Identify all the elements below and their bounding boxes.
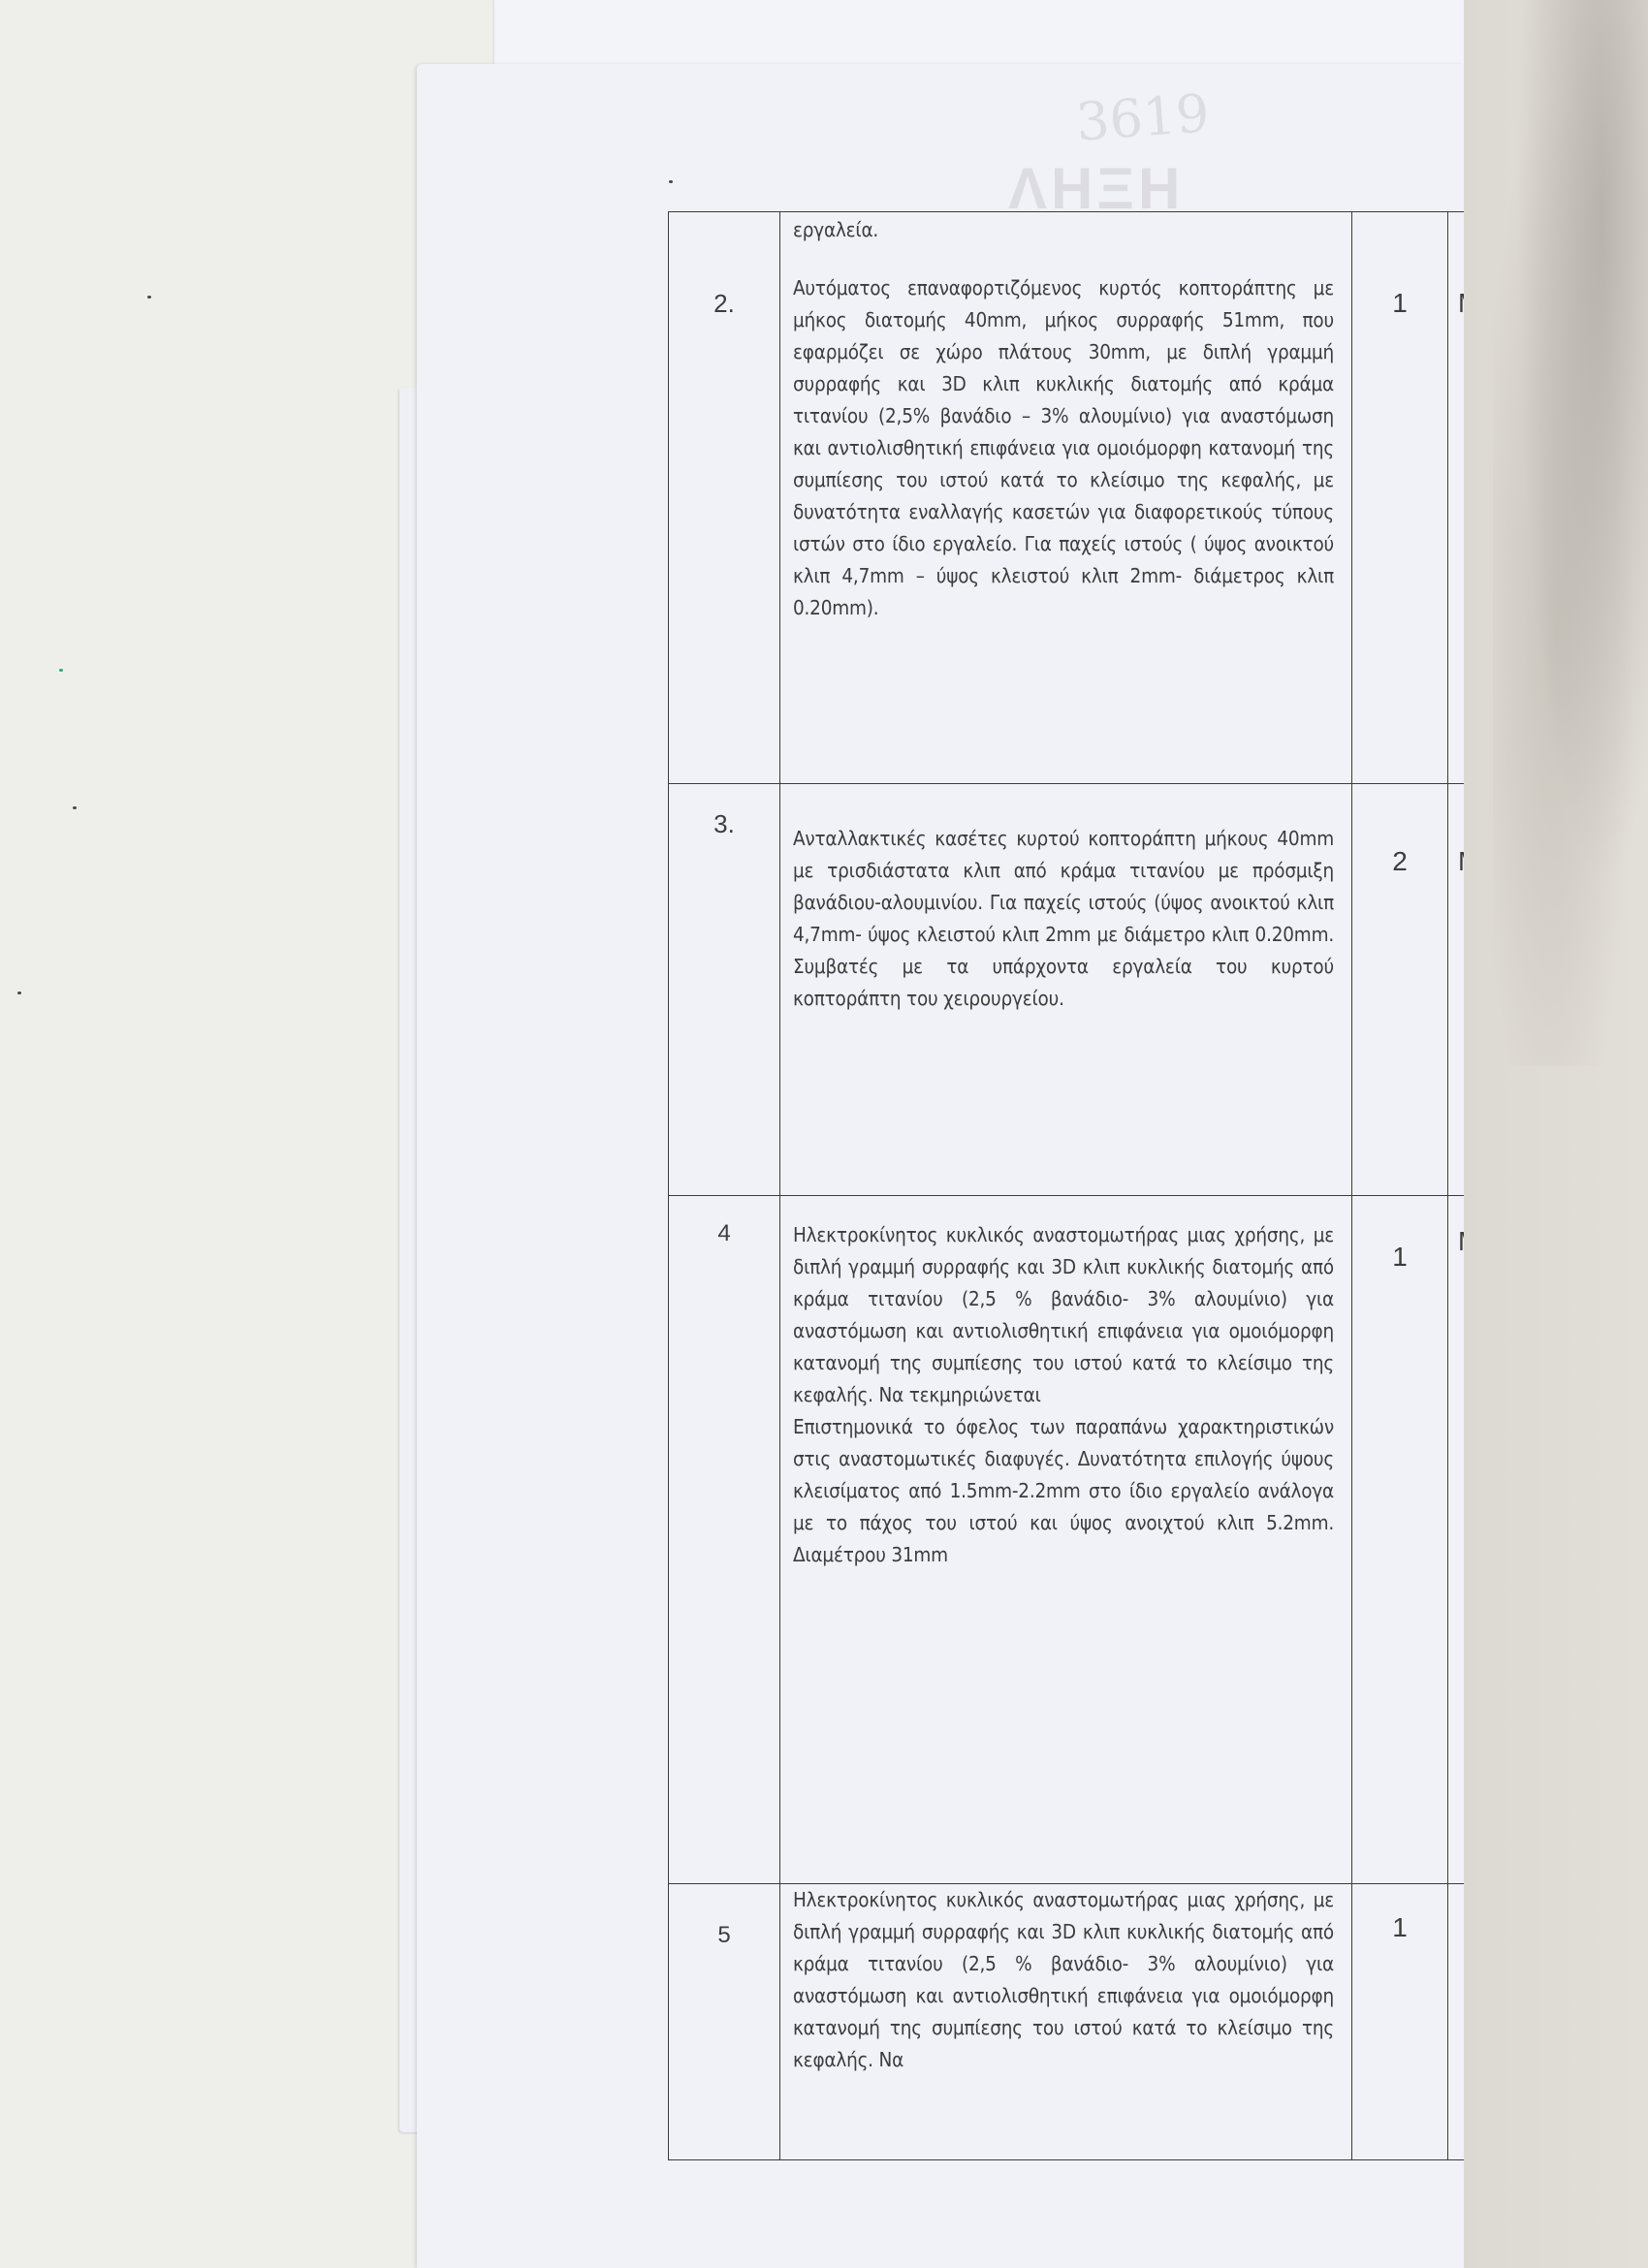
- description-cell: Ανταλλακτικές κασέτες κυρτού κοπτοράπτη …: [780, 784, 1352, 1196]
- description-text: Αυτόματος επαναφορτιζόμενος κυρτός κοπτο…: [793, 272, 1334, 624]
- row-number: 2.: [670, 213, 778, 319]
- dust-speck: [17, 992, 21, 994]
- quantity-value: 2: [1353, 785, 1446, 877]
- dust-speck: [73, 806, 77, 809]
- row-number-cell: 2.: [669, 212, 780, 784]
- dust-speck: [147, 296, 151, 299]
- quantity-value: 1: [1353, 1885, 1446, 1943]
- row-number-cell: 5: [669, 1884, 780, 2160]
- ink-mark: [59, 669, 63, 672]
- description-text: Ηλεκτροκίνητος κυκλικός αναστομωτήρας μι…: [793, 1884, 1334, 2076]
- table-row: 3. Ανταλλακτικές κασέτες κυρτού κοπτοράπ…: [669, 784, 1483, 1196]
- quantity-value: 1: [1353, 213, 1446, 319]
- table-row: 4 Ηλεκτροκίνητος κυκλικός αναστομωτήρας …: [669, 1196, 1483, 1884]
- quantity-cell: 1: [1352, 212, 1448, 784]
- description-cell: εργαλεία. Αυτόματος επαναφορτιζόμενος κυ…: [780, 212, 1352, 784]
- description-lead: εργαλεία.: [793, 214, 1334, 246]
- scanner-smudge: [1493, 0, 1648, 1066]
- dust-speck: [669, 180, 673, 183]
- row-number: 4: [670, 1197, 778, 1247]
- table-row: 2. εργαλεία. Αυτόματος επαναφορτιζόμενος…: [669, 212, 1483, 784]
- quantity-value: 1: [1353, 1197, 1446, 1273]
- row-number: 5: [670, 1885, 778, 1949]
- quantity-cell: 1: [1352, 1884, 1448, 2160]
- quantity-cell: 1: [1352, 1196, 1448, 1884]
- quantity-cell: 2: [1352, 784, 1448, 1196]
- description-text: Ανταλλακτικές κασέτες κυρτού κοπτοράπτη …: [793, 823, 1334, 1015]
- description-continuation: Επιστημονικά το όφελος των παραπάνω χαρα…: [793, 1411, 1334, 1571]
- row-number-cell: 4: [669, 1196, 780, 1884]
- description-text: Ηλεκτροκίνητος κυκλικός αναστομωτήρας μι…: [793, 1219, 1334, 1411]
- back-sheet-edge: [494, 0, 1483, 68]
- row-number: 3.: [670, 785, 778, 839]
- specification-table: 2. εργαλεία. Αυτόματος επαναφορτιζόμενος…: [668, 211, 1483, 2160]
- description-cell: Ηλεκτροκίνητος κυκλικός αναστομωτήρας μι…: [780, 1196, 1352, 1884]
- row-number-cell: 3.: [669, 784, 780, 1196]
- table-row: 5 Ηλεκτροκίνητος κυκλικός αναστομωτήρας …: [669, 1884, 1483, 2160]
- description-cell: Ηλεκτροκίνητος κυκλικός αναστομωτήρας μι…: [780, 1884, 1352, 2160]
